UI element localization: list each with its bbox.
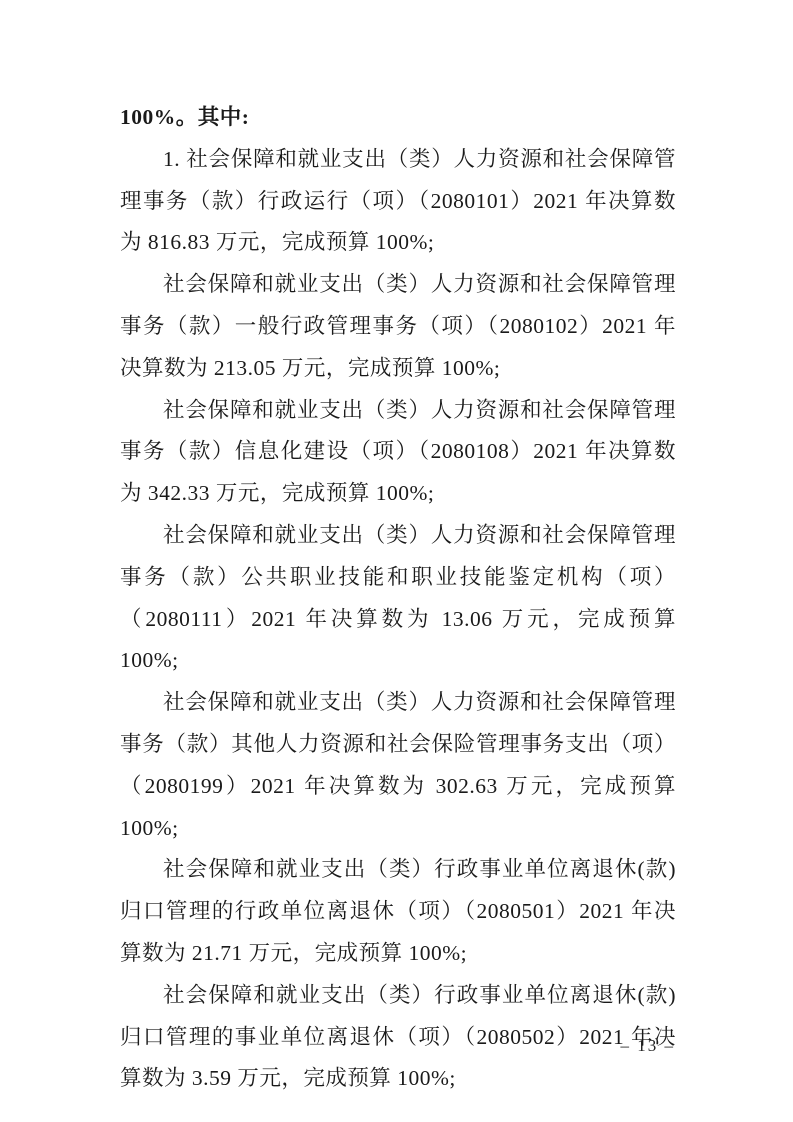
paragraph-item-4: 社会保障和就业支出（类）人力资源和社会保障管理事务（款）公共职业技能和职业技能鉴…: [120, 515, 676, 682]
paragraph-item-7: 社会保障和就业支出（类）行政事业单位离退休(款)归口管理的事业单位离退休（项）（…: [120, 975, 676, 1100]
page-number: – 13 –: [621, 1036, 676, 1056]
paragraph-item-1: 1. 社会保障和就业支出（类）人力资源和社会保障管理事务（款）行政运行（项）（2…: [120, 139, 676, 264]
paragraph-item-3: 社会保障和就业支出（类）人力资源和社会保障管理事务（款）信息化建设（项）（208…: [120, 390, 676, 515]
paragraph-item-2: 社会保障和就业支出（类）人力资源和社会保障管理事务（款）一般行政管理事务（项）（…: [120, 264, 676, 389]
paragraph-item-5: 社会保障和就业支出（类）人力资源和社会保障管理事务（款）其他人力资源和社会保险管…: [120, 682, 676, 849]
document-page: 100%。其中: 1. 社会保障和就业支出（类）人力资源和社会保障管理事务（款）…: [0, 0, 793, 1122]
paragraph-item-6: 社会保障和就业支出（类）行政事业单位离退休(款)归口管理的行政单位离退休（项）（…: [120, 849, 676, 974]
document-body: 100%。其中: 1. 社会保障和就业支出（类）人力资源和社会保障管理事务（款）…: [120, 97, 676, 1100]
intro-line: 100%。其中:: [120, 97, 676, 139]
